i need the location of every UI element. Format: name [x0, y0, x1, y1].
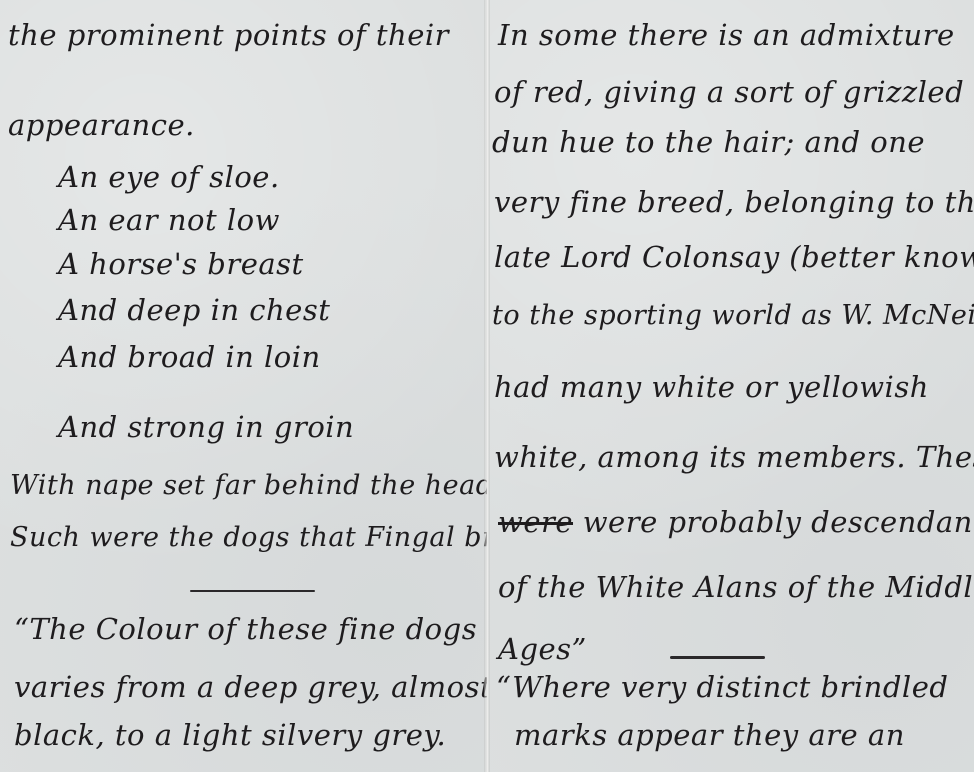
manuscript-line: And deep in chest	[58, 293, 330, 327]
section-divider	[670, 656, 765, 659]
manuscript-line: An eye of sloe.	[58, 160, 280, 194]
manuscript-line: Ages”	[498, 632, 587, 666]
manuscript-line: Such were the dogs that Fingal bred.	[10, 522, 539, 553]
manuscript-line: With nape set far behind the head	[10, 470, 494, 501]
manuscript-line: And broad in loin	[58, 340, 321, 374]
manuscript-line: “The Colour of these fine dogs	[14, 612, 477, 646]
section-divider	[190, 590, 315, 592]
manuscript-line: dun hue to the hair; and one	[492, 125, 925, 159]
manuscript-line: had many white or yellowish	[494, 370, 929, 404]
manuscript-line: In some there is an admixture	[498, 18, 955, 52]
manuscript-line: And strong in groin	[58, 410, 354, 444]
manuscript-line: appearance.	[8, 108, 195, 142]
manuscript-line: to the sporting world as W. McNeil)	[492, 300, 974, 331]
right-page: In some there is an admixture of red, gi…	[487, 0, 974, 772]
line-text: were probably descendants	[583, 505, 974, 539]
struck-through-word: were	[498, 505, 573, 539]
manuscript-line: of red, giving a sort of grizzled	[494, 75, 964, 109]
left-page: the prominent points of their appearance…	[0, 0, 487, 772]
manuscript-line: very fine breed, belonging to the	[494, 185, 974, 219]
manuscript-line: “Where very distinct brindled	[496, 670, 948, 704]
manuscript-line: of the White Alans of the Middle	[498, 570, 974, 604]
manuscript-line: varies from a deep grey, almost	[14, 670, 492, 704]
manuscript-line: late Lord Colonsay (better known	[494, 240, 974, 274]
manuscript-line: were were probably descendants	[498, 505, 974, 539]
manuscript-line: the prominent points of their	[8, 18, 449, 52]
page-fold	[484, 0, 490, 772]
manuscript-line: A horse's breast	[58, 247, 304, 281]
manuscript-line: white, among its members. These	[494, 440, 974, 474]
manuscript-line: marks appear they are an	[514, 718, 905, 752]
manuscript-line: black, to a light silvery grey.	[14, 718, 446, 752]
manuscript-line: An ear not low	[58, 203, 280, 237]
manuscript-spread: the prominent points of their appearance…	[0, 0, 974, 772]
